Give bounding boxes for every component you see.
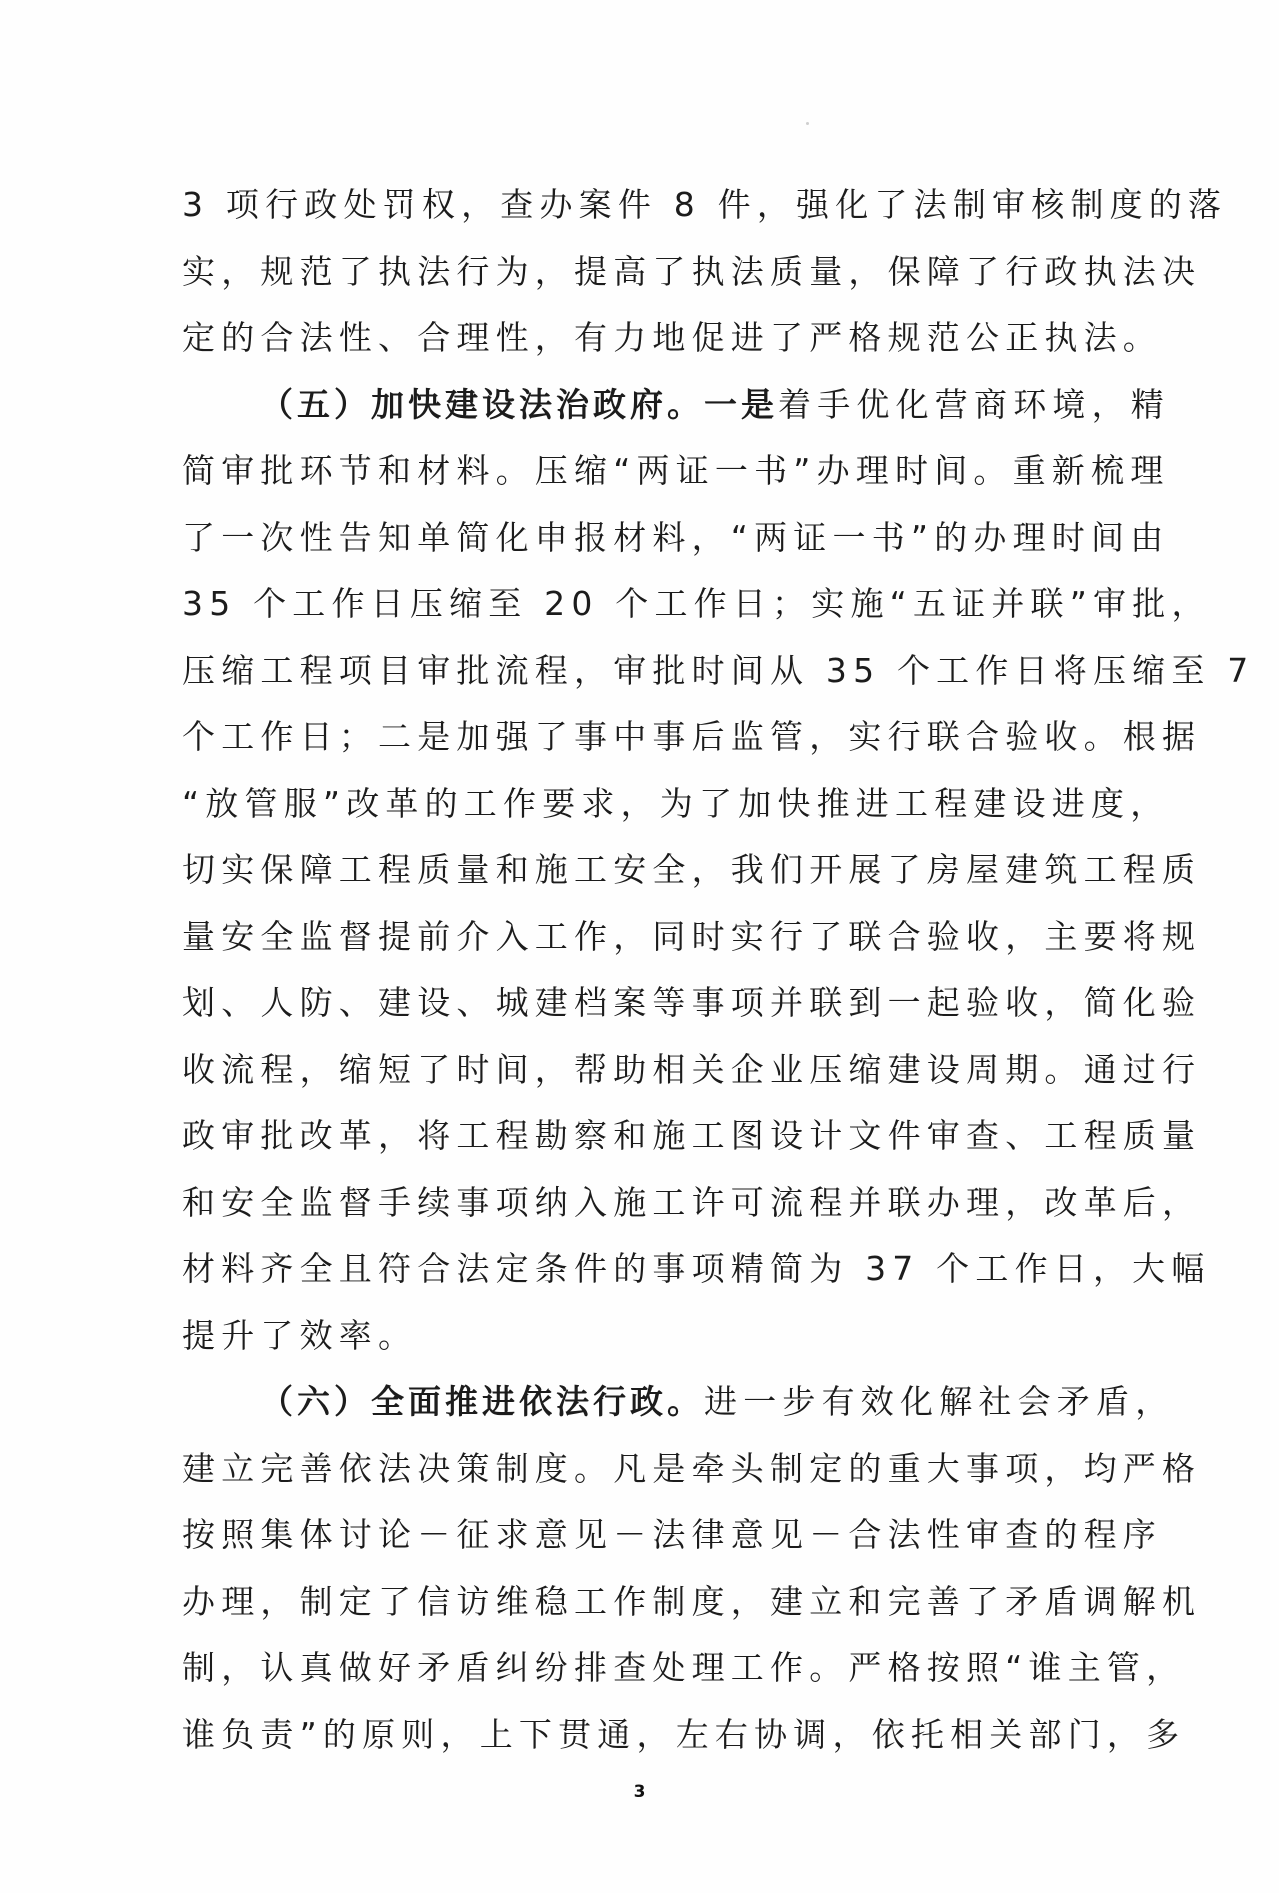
text-line: “放管服”改革的工作要求，为了加快推进工程建设进度，	[182, 771, 1102, 838]
text-line: 35 个工作日压缩至 20 个工作日；实施“五证并联”审批，	[182, 571, 1102, 638]
text-line: 办理，制定了信访维稳工作制度，建立和完善了矛盾调解机	[182, 1569, 1102, 1636]
text-line: 政审批改革，将工程勘察和施工图设计文件审查、工程质量	[182, 1103, 1102, 1170]
text-line: 和安全监督手续事项纳入施工许可流程并联办理，改革后，	[182, 1170, 1102, 1237]
text-line: 3 项行政处罚权，查办案件 8 件，强化了法制审核制度的落	[182, 172, 1102, 239]
section-text: 着手优化营商环境，精	[778, 385, 1170, 424]
text-line: 切实保障工程质量和施工安全，我们开展了房屋建筑工程质	[182, 837, 1102, 904]
section-five-heading-line: （五）加快建设法治政府。一是着手优化营商环境，精	[182, 372, 1102, 439]
text-line: 定的合法性、合理性，有力地促进了严格规范公正执法。	[182, 305, 1102, 372]
section-heading: （六）全面推进依法行政。	[260, 1382, 704, 1421]
text-line: 个工作日；二是加强了事中事后监管，实行联合验收。根据	[182, 704, 1102, 771]
scan-speck	[806, 122, 809, 125]
page-number: 3	[0, 1782, 1279, 1802]
text-line: 谁负责”的原则，上下贯通，左右协调，依托相关部门，多	[182, 1702, 1102, 1769]
section-lead: 一是	[704, 385, 778, 424]
body-text: 3 项行政处罚权，查办案件 8 件，强化了法制审核制度的落 实，规范了执法行为，…	[182, 172, 1102, 1768]
document-page: 3 项行政处罚权，查办案件 8 件，强化了法制审核制度的落 实，规范了执法行为，…	[0, 0, 1279, 1893]
section-six-heading-line: （六）全面推进依法行政。进一步有效化解社会矛盾，	[182, 1369, 1102, 1436]
text-line: 收流程，缩短了时间，帮助相关企业压缩建设周期。通过行	[182, 1037, 1102, 1104]
text-line: 提升了效率。	[182, 1303, 1102, 1370]
text-line: 划、人防、建设、城建档案等事项并联到一起验收，简化验	[182, 970, 1102, 1037]
text-line: 制，认真做好矛盾纠纷排查处理工作。严格按照“谁主管，	[182, 1635, 1102, 1702]
section-text: 进一步有效化解社会矛盾，	[704, 1382, 1174, 1421]
text-line: 按照集体讨论－征求意见－法律意见－合法性审查的程序	[182, 1502, 1102, 1569]
text-line: 简审批环节和材料。压缩“两证一书”办理时间。重新梳理	[182, 438, 1102, 505]
text-line: 压缩工程项目审批流程，审批时间从 35 个工作日将压缩至 7	[182, 638, 1102, 705]
text-line: 实，规范了执法行为，提高了执法质量，保障了行政执法决	[182, 239, 1102, 306]
text-line: 量安全监督提前介入工作，同时实行了联合验收，主要将规	[182, 904, 1102, 971]
text-line: 了一次性告知单简化申报材料，“两证一书”的办理时间由	[182, 505, 1102, 572]
section-heading: （五）加快建设法治政府。	[260, 385, 704, 424]
text-line: 建立完善依法决策制度。凡是牵头制定的重大事项，均严格	[182, 1436, 1102, 1503]
text-line: 材料齐全且符合法定条件的事项精简为 37 个工作日，大幅	[182, 1236, 1102, 1303]
